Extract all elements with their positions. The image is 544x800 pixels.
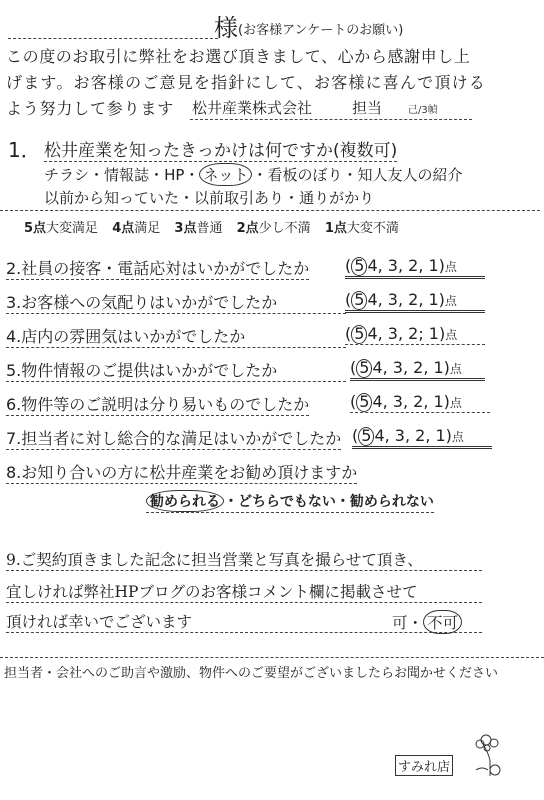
- rating-question-3: 3.お客様への気配りはいかがでしたか: [6, 290, 346, 314]
- branch-label: すみれ店: [395, 755, 453, 776]
- option-previous-deal[interactable]: 以前取引あり: [194, 189, 284, 207]
- comments-divider: [0, 657, 544, 658]
- title-honorific: 様: [214, 8, 238, 43]
- selected-score[interactable]: 5: [356, 359, 372, 378]
- staff-label: 担当: [352, 97, 382, 118]
- rating-question-7: 7.担当者に対し総合的な満足はいかがでしたか: [6, 426, 341, 450]
- q1-options-line-1: チラシ・情報誌・HP・ネット・看板のぼり・知人友人の紹介: [44, 163, 462, 186]
- option-signboard[interactable]: 看板のぼり: [267, 166, 342, 184]
- option-flyer[interactable]: チラシ: [44, 166, 89, 184]
- company-name: 松井産業株式会社: [192, 97, 312, 118]
- scale-legend: 5点大変満足 4点満足 3点普通 2点少し不満 1点大変不満: [24, 217, 399, 236]
- q1-number: 1．: [8, 134, 41, 163]
- option-known-before[interactable]: 以前から知っていた: [44, 189, 179, 207]
- rating-answer-2[interactable]: (54, 3, 2, 1)点: [345, 256, 485, 279]
- rating-question-6: 6.物件等のご説明は分り易いものでしたか: [6, 392, 309, 416]
- survey-title: (お客様アンケートのお願い): [238, 19, 403, 38]
- selected-score[interactable]: 5: [356, 393, 372, 412]
- option-magazine[interactable]: 情報誌: [104, 166, 149, 184]
- rating-question-4: 4.店内の雰囲気はいかがでしたか: [6, 324, 346, 348]
- comments-prompt: 担当者・会社へのご助言や激励、物件へのご要望がございましたらお聞かせください: [4, 662, 498, 681]
- option-disallow-selected[interactable]: 不可: [423, 610, 462, 634]
- selected-score[interactable]: 5: [351, 325, 367, 344]
- rating-answer-7[interactable]: (54, 3, 2, 1)点: [352, 426, 492, 449]
- option-referral[interactable]: 知人友人の紹介: [357, 166, 462, 184]
- selected-score[interactable]: 5: [351, 257, 367, 276]
- divider: [0, 210, 540, 211]
- rating-answer-6[interactable]: (54, 3, 2, 1)点: [350, 392, 490, 413]
- rating-answer-4[interactable]: (54, 3, 2; 1)点: [345, 324, 485, 345]
- option-net-selected[interactable]: ネット: [199, 163, 252, 186]
- option-not-recommend[interactable]: 勧められない: [350, 494, 434, 510]
- option-neutral[interactable]: どちらでもない: [238, 494, 336, 510]
- customer-name-line: [8, 12, 218, 39]
- rating-question-2: 2.社員の接客・電話応対はいかがでしたか: [6, 256, 309, 280]
- q9-line-3: 頂ければ幸いでございます 可・不可: [6, 610, 482, 633]
- staff-line: 松井産業株式会社 担当 己/3幀: [190, 97, 472, 120]
- flower-icon: [472, 730, 508, 780]
- comments-area[interactable]: [4, 684, 540, 744]
- q8-question: 8.お知り合いの方に松井産業をお勧め頂けますか: [6, 460, 357, 484]
- option-allow[interactable]: 可: [392, 614, 408, 632]
- rating-answer-3[interactable]: (54, 3, 2, 1)点: [345, 290, 485, 313]
- option-recommend-selected[interactable]: 勧められる: [146, 490, 224, 512]
- q9-line-2: 宜しければ弊社HPブログのお客様コメント欄に掲載させて: [6, 580, 482, 603]
- staff-name: 己/3幀: [408, 101, 438, 116]
- q1-options-line-2: 以前から知っていた・以前取引あり・通りがかり: [44, 187, 374, 208]
- rating-question-5: 5.物件情報のご提供はいかがでしたか: [6, 358, 346, 382]
- q8-options: 勧められる・どちらでもない・勧められない: [146, 490, 434, 513]
- selected-score[interactable]: 5: [358, 427, 374, 446]
- option-hp[interactable]: HP: [164, 166, 184, 184]
- q9-line-1: 9.ご契約頂きました記念に担当営業と写真を撮らせて頂き、: [6, 548, 482, 571]
- option-passing-by[interactable]: 通りがかり: [299, 189, 374, 207]
- selected-score[interactable]: 5: [351, 291, 367, 310]
- intro-line-3: よう努力して参ります: [6, 96, 174, 119]
- intro-line-1: この度のお取引に弊社をお選び頂きまして、心から感謝申し上: [6, 44, 470, 67]
- q1-question: 松井産業を知ったきっかけは何ですか(複数可): [44, 136, 397, 162]
- rating-answer-5[interactable]: (54, 3, 2, 1)点: [350, 358, 485, 381]
- intro-line-2: げます。お客様のご意見を指針にして、お客様に喜んで頂ける: [6, 70, 486, 93]
